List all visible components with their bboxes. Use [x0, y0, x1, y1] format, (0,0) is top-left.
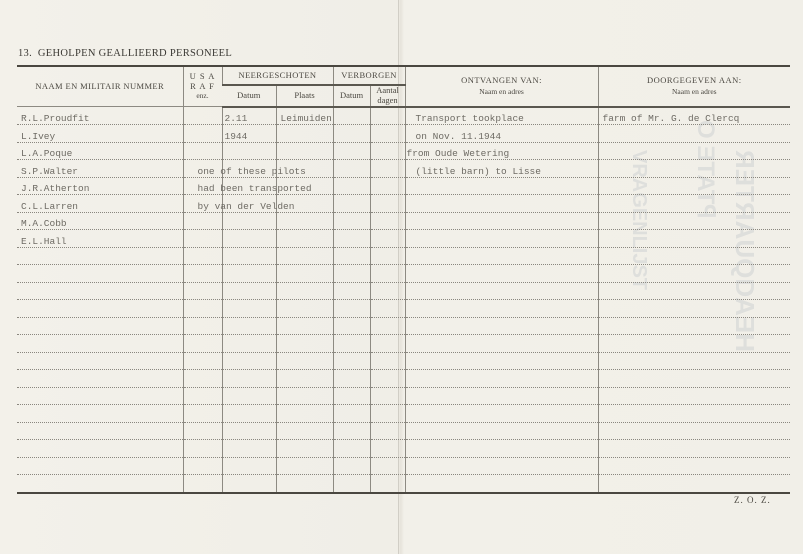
cell-ontvangen	[405, 195, 598, 213]
cell-neer-plaats	[276, 230, 333, 248]
cell-usa	[183, 142, 222, 160]
header-ontvangen-label: ONTVANGEN VAN:	[406, 76, 598, 86]
cell-neer-plaats	[276, 142, 333, 160]
cell-name	[17, 457, 183, 475]
cell-doorgegeven	[598, 212, 790, 230]
header-doorgegeven: DOORGEGEVEN AAN: Naam en adres	[598, 66, 790, 107]
cell-name	[17, 335, 183, 353]
cell-doorgegeven	[598, 317, 790, 335]
cell-ontvangen: Transport tookplace	[405, 107, 598, 125]
cell-verb-aantal	[370, 457, 405, 475]
header-verb-aantal: Aantal dagen	[370, 85, 405, 107]
table-row: S.P.Walterone of these pilots(little bar…	[17, 160, 790, 178]
cell-verb-aantal	[370, 387, 405, 405]
cell-ontvangen	[405, 265, 598, 283]
header-verb-datum: Datum	[333, 85, 370, 107]
cell-ontvangen: from Oude Wetering	[405, 142, 598, 160]
cell-doorgegeven	[598, 475, 790, 493]
cell-ontvangen	[405, 440, 598, 458]
cell-verb-datum	[333, 282, 370, 300]
cell-neer-datum	[222, 352, 276, 370]
table-row	[17, 335, 790, 353]
cell-ontvangen	[405, 177, 598, 195]
cell-usa	[183, 457, 222, 475]
cell-name	[17, 440, 183, 458]
cell-usa	[183, 352, 222, 370]
cell-doorgegeven	[598, 142, 790, 160]
cell-verb-aantal	[370, 177, 405, 195]
table-row: J.R.Athertonhad been transported	[17, 177, 790, 195]
cell-doorgegeven	[598, 282, 790, 300]
cell-doorgegeven: farm of Mr. G. de Clercq	[598, 107, 790, 125]
cell-usa	[183, 475, 222, 493]
cell-doorgegeven	[598, 387, 790, 405]
cell-usa	[183, 230, 222, 248]
table-row	[17, 352, 790, 370]
cell-verb-aantal	[370, 422, 405, 440]
cell-verb-datum	[333, 125, 370, 143]
cell-usa	[183, 265, 222, 283]
cell-usa	[183, 317, 222, 335]
cell-verb-aantal	[370, 212, 405, 230]
cell-neer-plaats	[276, 370, 333, 388]
cell-usa	[183, 282, 222, 300]
header-enz-label: enz.	[184, 92, 222, 101]
cell-doorgegeven	[598, 160, 790, 178]
cell-neer-plaats	[276, 317, 333, 335]
table-row	[17, 440, 790, 458]
cell-neer-datum	[222, 247, 276, 265]
table-row	[17, 247, 790, 265]
section-title-text: GEHOLPEN GEALLIEERD PERSONEEL	[38, 48, 232, 59]
table-row	[17, 282, 790, 300]
cell-doorgegeven	[598, 370, 790, 388]
header-usa-raf: U S A R A F enz.	[183, 66, 222, 107]
cell-doorgegeven	[598, 300, 790, 318]
cell-doorgegeven	[598, 457, 790, 475]
cell-neer-datum: 2.11	[222, 107, 276, 125]
cell-verb-aantal	[370, 142, 405, 160]
cell-doorgegeven	[598, 177, 790, 195]
cell-neer-plaats: Leimuiden	[276, 107, 333, 125]
cell-ontvangen	[405, 247, 598, 265]
table-row: M.A.Cobb	[17, 212, 790, 230]
cell-ontvangen	[405, 422, 598, 440]
cell-neer-datum	[222, 475, 276, 493]
cell-doorgegeven	[598, 352, 790, 370]
cell-verb-aantal	[370, 440, 405, 458]
section-title: 13. GEHOLPEN GEALLIEERD PERSONEEL	[18, 48, 232, 59]
cell-ontvangen	[405, 457, 598, 475]
table-row: L.A.Poquefrom Oude Wetering	[17, 142, 790, 160]
cell-verb-datum	[333, 142, 370, 160]
cell-usa	[183, 107, 222, 125]
cell-neer-plaats	[276, 457, 333, 475]
cell-neer-datum	[222, 317, 276, 335]
section-number: 13.	[18, 48, 32, 59]
table-row	[17, 405, 790, 423]
cell-neer-datum	[222, 370, 276, 388]
cell-usa: by van der Velden	[183, 195, 222, 213]
personnel-table: NAAM EN MILITAIR NUMMER U S A R A F enz.…	[17, 65, 790, 494]
cell-ontvangen	[405, 352, 598, 370]
cell-neer-datum	[222, 457, 276, 475]
cell-verb-datum	[333, 195, 370, 213]
header-doorgegeven-sub: Naam en adres	[599, 88, 791, 97]
cell-neer-datum	[222, 405, 276, 423]
cell-neer-plaats	[276, 300, 333, 318]
header-ontvangen-sub: Naam en adres	[406, 88, 598, 97]
cell-name	[17, 247, 183, 265]
cell-doorgegeven	[598, 247, 790, 265]
cell-neer-plaats	[276, 440, 333, 458]
table-row	[17, 387, 790, 405]
cell-usa	[183, 125, 222, 143]
cell-verb-datum	[333, 230, 370, 248]
cell-name: M.A.Cobb	[17, 212, 183, 230]
table-row	[17, 422, 790, 440]
cell-verb-aantal	[370, 475, 405, 493]
cell-neer-plaats	[276, 247, 333, 265]
cell-doorgegeven	[598, 195, 790, 213]
cell-ontvangen	[405, 475, 598, 493]
cell-verb-aantal	[370, 300, 405, 318]
header-doorgegeven-label: DOORGEGEVEN AAN:	[599, 76, 791, 86]
cell-name: L.A.Poque	[17, 142, 183, 160]
cell-verb-datum	[333, 107, 370, 125]
cell-ontvangen	[405, 405, 598, 423]
cell-verb-datum	[333, 440, 370, 458]
table-row	[17, 370, 790, 388]
cell-name	[17, 422, 183, 440]
cell-neer-datum	[222, 387, 276, 405]
cell-name: R.L.Proudfit	[17, 107, 183, 125]
cell-name	[17, 405, 183, 423]
cell-neer-plaats	[276, 405, 333, 423]
cell-verb-aantal	[370, 317, 405, 335]
cell-verb-aantal	[370, 195, 405, 213]
cell-doorgegeven	[598, 440, 790, 458]
cell-ontvangen	[405, 230, 598, 248]
cell-usa: one of these pilots	[183, 160, 222, 178]
header-neer-plaats: Plaats	[276, 85, 333, 107]
header-neer-datum: Datum	[222, 85, 276, 107]
cell-neer-datum: 1944	[222, 125, 276, 143]
table-row	[17, 265, 790, 283]
cell-ontvangen	[405, 317, 598, 335]
cell-neer-plaats	[276, 125, 333, 143]
cell-usa	[183, 440, 222, 458]
cell-verb-datum	[333, 335, 370, 353]
cell-neer-datum	[222, 230, 276, 248]
cell-verb-datum	[333, 300, 370, 318]
cell-verb-datum	[333, 160, 370, 178]
table-row: R.L.Proudfit2.11LeimuidenTransport tookp…	[17, 107, 790, 125]
header-ontvangen: ONTVANGEN VAN: Naam en adres	[405, 66, 598, 107]
cell-neer-plaats	[276, 212, 333, 230]
cell-neer-plaats	[276, 422, 333, 440]
cell-ontvangen: (little barn) to Lisse	[405, 160, 598, 178]
cell-name	[17, 282, 183, 300]
table-row: L.Ivey1944on Nov. 11.1944	[17, 125, 790, 143]
cell-verb-aantal	[370, 265, 405, 283]
cell-doorgegeven	[598, 125, 790, 143]
cell-name	[17, 265, 183, 283]
cell-ontvangen	[405, 370, 598, 388]
header-dagen-label: dagen	[371, 96, 405, 106]
header-verborgen: VERBORGEN	[333, 66, 405, 85]
cell-name	[17, 475, 183, 493]
cell-verb-datum	[333, 247, 370, 265]
table-row: E.L.Hall	[17, 230, 790, 248]
cell-neer-plaats	[276, 265, 333, 283]
cell-neer-plaats	[276, 282, 333, 300]
cell-neer-plaats	[276, 475, 333, 493]
cell-verb-datum	[333, 352, 370, 370]
cell-usa	[183, 335, 222, 353]
header-name-label: NAAM EN MILITAIR NUMMER	[35, 81, 164, 91]
cell-neer-datum	[222, 265, 276, 283]
cell-verb-datum	[333, 317, 370, 335]
cell-usa	[183, 247, 222, 265]
cell-verb-aantal	[370, 160, 405, 178]
cell-doorgegeven	[598, 230, 790, 248]
cell-doorgegeven	[598, 335, 790, 353]
table-row: C.L.Larrenby van der Velden	[17, 195, 790, 213]
cell-verb-aantal	[370, 230, 405, 248]
cell-neer-datum	[222, 422, 276, 440]
cell-verb-datum	[333, 405, 370, 423]
cell-verb-aantal	[370, 107, 405, 125]
cell-neer-datum	[222, 142, 276, 160]
cell-ontvangen	[405, 387, 598, 405]
cell-verb-aantal	[370, 405, 405, 423]
cell-name	[17, 317, 183, 335]
cell-doorgegeven	[598, 422, 790, 440]
cell-ontvangen	[405, 212, 598, 230]
cell-neer-datum	[222, 212, 276, 230]
cell-verb-aantal	[370, 335, 405, 353]
cell-usa	[183, 212, 222, 230]
table-row	[17, 457, 790, 475]
cell-name	[17, 352, 183, 370]
cell-verb-aantal	[370, 125, 405, 143]
cell-doorgegeven	[598, 405, 790, 423]
cell-usa	[183, 422, 222, 440]
cell-verb-aantal	[370, 370, 405, 388]
cell-name: S.P.Walter	[17, 160, 183, 178]
cell-name: C.L.Larren	[17, 195, 183, 213]
header-neergeschoten: NEERGESCHOTEN	[222, 66, 333, 85]
cell-ontvangen	[405, 300, 598, 318]
cell-verb-datum	[333, 422, 370, 440]
cell-verb-aantal	[370, 352, 405, 370]
cell-usa: had been transported	[183, 177, 222, 195]
header-name: NAAM EN MILITAIR NUMMER	[17, 66, 183, 107]
table-row	[17, 475, 790, 493]
cell-usa	[183, 387, 222, 405]
cell-verb-datum	[333, 265, 370, 283]
cell-verb-datum	[333, 370, 370, 388]
cell-neer-datum	[222, 300, 276, 318]
cell-name: J.R.Atherton	[17, 177, 183, 195]
cell-neer-datum	[222, 282, 276, 300]
cell-verb-datum	[333, 457, 370, 475]
cell-usa	[183, 300, 222, 318]
cell-ontvangen	[405, 335, 598, 353]
cell-neer-plaats	[276, 335, 333, 353]
cell-name: L.Ivey	[17, 125, 183, 143]
cell-verb-datum	[333, 212, 370, 230]
cell-verb-aantal	[370, 247, 405, 265]
cell-verb-datum	[333, 177, 370, 195]
cell-verb-aantal	[370, 282, 405, 300]
cell-verb-datum	[333, 475, 370, 493]
table-row	[17, 300, 790, 318]
table-row	[17, 317, 790, 335]
turn-over-note: Z. O. Z.	[734, 495, 771, 505]
cell-neer-datum	[222, 335, 276, 353]
cell-name	[17, 370, 183, 388]
cell-neer-plaats	[276, 352, 333, 370]
cell-name	[17, 387, 183, 405]
cell-verb-datum	[333, 387, 370, 405]
cell-neer-plaats	[276, 387, 333, 405]
cell-name: E.L.Hall	[17, 230, 183, 248]
cell-usa	[183, 370, 222, 388]
cell-ontvangen	[405, 282, 598, 300]
cell-name	[17, 300, 183, 318]
cell-usa	[183, 405, 222, 423]
cell-doorgegeven	[598, 265, 790, 283]
cell-neer-datum	[222, 440, 276, 458]
cell-ontvangen: on Nov. 11.1944	[405, 125, 598, 143]
